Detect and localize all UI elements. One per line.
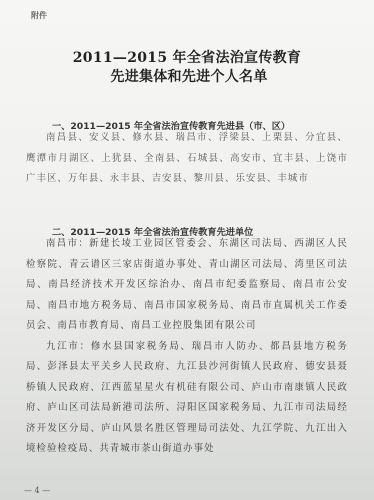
nanchang-units: 南昌市：新建长堎工业园区管委会、东湖区司法局、西湖区人民检察院、青云谱区三家店街… <box>26 234 348 337</box>
county-list: 南昌县、安义县、修水县、瑞昌市、浮梁县、上栗县、分宜县、鹰潭市月湖区、上犹县、全… <box>26 128 348 190</box>
jiujiang-units: 九江市：修水县国家税务局、瑞昌市人防办、都昌县地方税务局、彭泽县太平关乡人民政府… <box>26 337 348 460</box>
title-line-1: 2011—2015 年全省法治宣传教育 <box>73 50 302 66</box>
document-title: 2011—2015 年全省法治宣传教育 先进集体和先进个人名单 <box>0 49 374 87</box>
section-body-counties: 南昌县、安义县、修水县、瑞昌市、浮梁县、上栗县、分宜县、鹰潭市月湖区、上犹县、全… <box>26 128 348 190</box>
title-line-2: 先进集体和先进个人名单 <box>0 68 374 87</box>
section-body-units: 南昌市：新建长堎工业园区管委会、东湖区司法局、西湖区人民检察院、青云谱区三家店街… <box>26 234 348 460</box>
document-page: 附件 2011—2015 年全省法治宣传教育 先进集体和先进个人名单 一、201… <box>0 0 374 500</box>
attachment-label: 附件 <box>31 10 47 21</box>
page-number: — 4 — <box>24 486 50 495</box>
